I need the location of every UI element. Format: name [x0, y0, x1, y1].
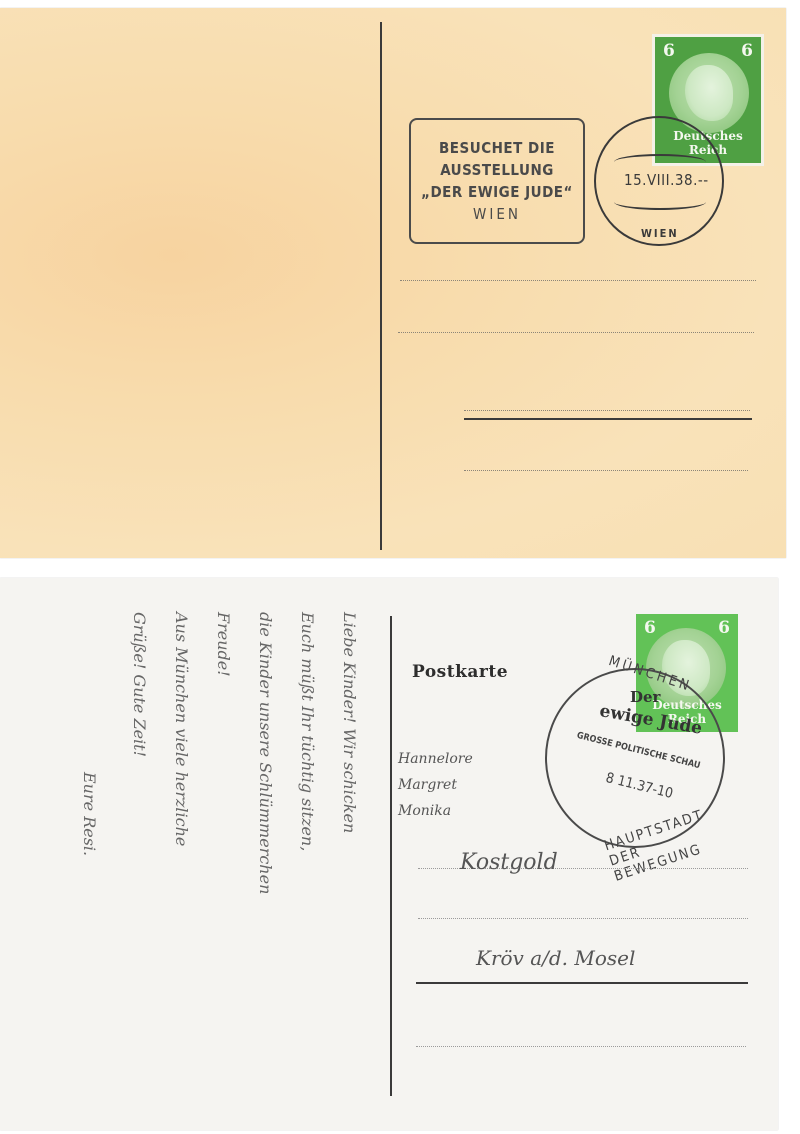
stamp-value: 6 — [663, 41, 675, 61]
slogan-cancel-box: BESUCHET DIE AUSSTELLUNG „DER EWIGE JUDE… — [409, 118, 585, 244]
sender-line: Monika — [398, 798, 473, 824]
message-line: Freude! — [214, 612, 233, 677]
slogan-line: AUSSTELLUNG — [440, 159, 554, 181]
postmark-date: 15.VIII.38.-- — [624, 171, 709, 189]
address-line — [398, 332, 754, 333]
address-line — [464, 410, 750, 411]
slogan-line: „DER EWIGE JUDE“ — [421, 181, 573, 203]
handwritten-message: Liebe Kinder! Wir schicken Euch müßt Ihr… — [30, 612, 380, 1112]
message-line: Liebe Kinder! Wir schicken — [340, 612, 359, 833]
postmark-date: 8 11.37-10 — [604, 770, 674, 802]
slogan-line: BESUCHET DIE — [439, 137, 555, 159]
stamp-value: 6 — [644, 618, 656, 638]
message-signature: Eure Resi. — [80, 772, 99, 856]
address-line — [400, 280, 756, 281]
postmark-wien: 15.VIII.38.-- WIEN — [594, 116, 724, 246]
message-line: Grüße! Gute Zeit! — [130, 612, 149, 757]
address-recipient: Kostgold — [460, 850, 558, 875]
address-line — [416, 1046, 746, 1047]
postmark-title: Der — [630, 688, 660, 706]
address-underline — [416, 982, 748, 984]
card-divider-line — [380, 22, 382, 550]
address-line — [418, 918, 748, 919]
stamp-value: 6 — [741, 41, 753, 61]
postmark-ring-text: HAUPTSTADT DER BEWEGUNG — [602, 803, 727, 884]
address-place: Kröv a/d. Mosel — [476, 946, 635, 970]
postmark-city: WIEN — [641, 227, 679, 240]
sender-line: Hannelore — [398, 746, 473, 772]
card-divider-line — [390, 616, 392, 1096]
stamp-value: 6 — [718, 618, 730, 638]
postmark-title: ewige Jude — [598, 701, 704, 739]
postmark-subtitle: GROSSE POLITISCHE SCHAU — [576, 731, 702, 771]
postcard-muenchen: Liebe Kinder! Wir schicken Euch müßt Ihr… — [0, 578, 778, 1130]
postcard-front-ausstellung: BESUCHET DIE AUSSTELLUNG „DER EWIGE JUDE… — [0, 8, 786, 558]
card-title: Postkarte — [412, 662, 508, 682]
message-line: die Kinder unsere Schlümmerchen — [256, 612, 275, 894]
postmark-muenchen: MÜNCHEN Der ewige Jude GROSSE POLITISCHE… — [545, 668, 725, 848]
sender-names: Hannelore Margret Monika — [398, 746, 473, 824]
message-line: Euch müßt Ihr tüchtig sitzen, — [298, 612, 317, 851]
message-line: Aus München viele herzliche — [172, 612, 191, 846]
slogan-line: WIEN — [473, 203, 521, 225]
address-underline — [464, 418, 752, 420]
sender-line: Margret — [398, 772, 473, 798]
address-line — [464, 470, 748, 471]
